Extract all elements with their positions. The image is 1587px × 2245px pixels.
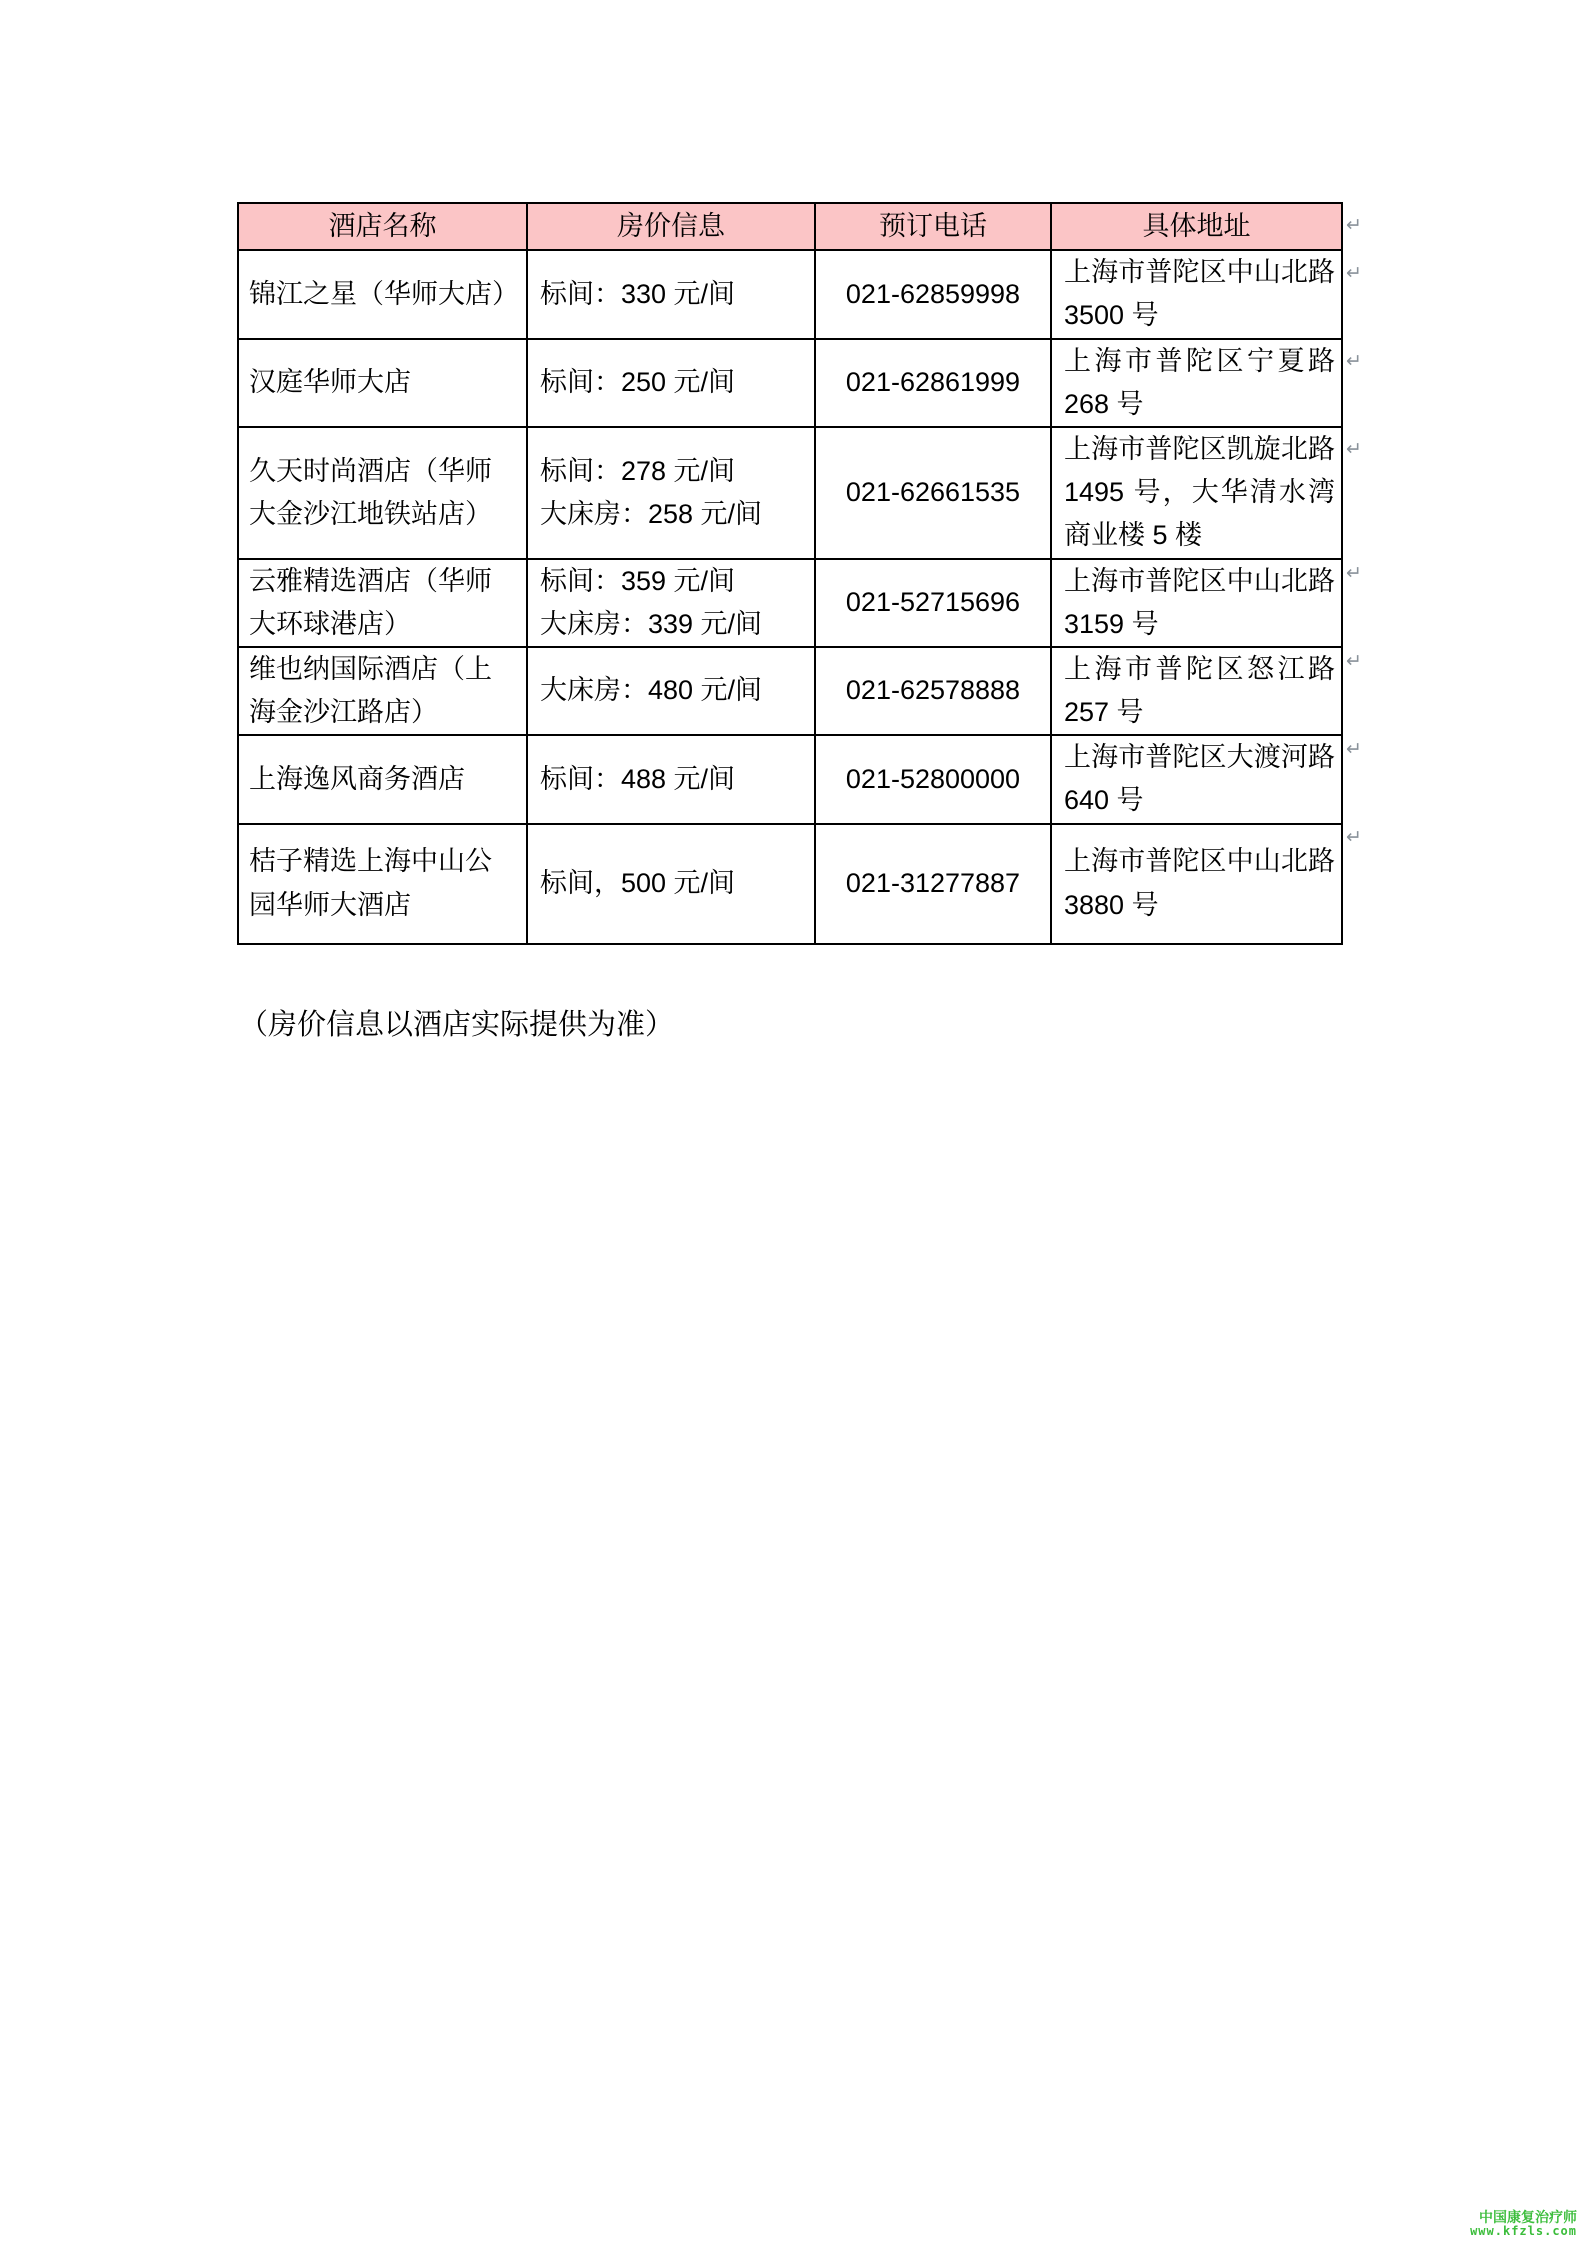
paragraph-mark-icon: ↵ (1346, 352, 1362, 371)
price-cell: 标间：359 元/间 大床房：339 元/间 (527, 559, 815, 647)
address-cell: 上海市普陀区中山北路 3500 号 (1051, 250, 1342, 338)
column-header-address: 具体地址 (1051, 203, 1342, 250)
address-cell: 上海市普陀区中山北路 3159 号 (1051, 559, 1342, 647)
hotel-name-cell: 锦江之星（华师大店） (238, 250, 527, 338)
price-cell: 标间，500 元/间 (527, 824, 815, 944)
price-line: 大床房：258 元/间 (540, 493, 808, 536)
watermark-url: www.kfzls.com (1470, 2225, 1577, 2239)
table-row: 云雅精选酒店（华师大环球港店） 标间：359 元/间 大床房：339 元/间 0… (238, 559, 1342, 647)
price-cell: 标间：250 元/间 (527, 339, 815, 427)
hotel-name-cell: 维也纳国际酒店（上海金沙江路店） (238, 647, 527, 735)
address-cell: 上海市普陀区宁夏路 268 号 (1051, 339, 1342, 427)
price-line: 标间：330 元/间 (540, 273, 808, 316)
price-cell: 标间：488 元/间 (527, 735, 815, 823)
header-row: 酒店名称 房价信息 预订电话 具体地址 (238, 203, 1342, 250)
table-row: 上海逸风商务酒店 标间：488 元/间 021-52800000 上海市普陀区大… (238, 735, 1342, 823)
paragraph-mark-icon: ↵ (1346, 264, 1362, 283)
paragraph-mark-icon: ↵ (1346, 440, 1362, 459)
table-row: 久天时尚酒店（华师大金沙江地铁站店） 标间：278 元/间 大床房：258 元/… (238, 427, 1342, 559)
price-line: 标间：250 元/间 (540, 361, 808, 404)
hotel-name-cell: 上海逸风商务酒店 (238, 735, 527, 823)
watermark: 中国康复治疗师 www.kfzls.com (1470, 2209, 1577, 2239)
phone-cell: 021-52800000 (815, 735, 1051, 823)
phone-cell: 021-62661535 (815, 427, 1051, 559)
paragraph-mark-icon: ↵ (1346, 564, 1362, 583)
address-cell: 上海市普陀区大渡河路 640 号 (1051, 735, 1342, 823)
paragraph-mark-icon: ↵ (1346, 652, 1362, 671)
paragraph-mark-icon: ↵ (1346, 740, 1362, 759)
paragraph-mark-icon: ↵ (1346, 828, 1362, 847)
column-header-price-info: 房价信息 (527, 203, 815, 250)
table-row: 维也纳国际酒店（上海金沙江路店） 大床房：480 元/间 021-6257888… (238, 647, 1342, 735)
hotel-name-cell: 汉庭华师大店 (238, 339, 527, 427)
price-line: 标间，500 元/间 (540, 862, 808, 905)
hotel-table: 酒店名称 房价信息 预订电话 具体地址 锦江之星（华师大店） 标间：330 元/… (237, 202, 1343, 945)
price-line: 标间：278 元/间 (540, 450, 808, 493)
table-row: 汉庭华师大店 标间：250 元/间 021-62861999 上海市普陀区宁夏路… (238, 339, 1342, 427)
phone-cell: 021-52715696 (815, 559, 1051, 647)
hotel-name-cell: 久天时尚酒店（华师大金沙江地铁站店） (238, 427, 527, 559)
column-header-hotel-name: 酒店名称 (238, 203, 527, 250)
price-line: 大床房：480 元/间 (540, 669, 808, 712)
price-cell: 标间：330 元/间 (527, 250, 815, 338)
paragraph-mark-icon: ↵ (1346, 216, 1362, 235)
column-header-phone: 预订电话 (815, 203, 1051, 250)
table-row: 桔子精选上海中山公园华师大酒店 标间，500 元/间 021-31277887 … (238, 824, 1342, 944)
hotel-name-cell: 云雅精选酒店（华师大环球港店） (238, 559, 527, 647)
price-line: 标间：488 元/间 (540, 758, 808, 801)
price-line: 标间：359 元/间 (540, 560, 808, 603)
phone-cell: 021-62859998 (815, 250, 1051, 338)
price-line: 大床房：339 元/间 (540, 603, 808, 646)
phone-cell: 021-62861999 (815, 339, 1051, 427)
phone-cell: 021-31277887 (815, 824, 1051, 944)
address-cell: 上海市普陀区凯旋北路 1495 号，大华清水湾商业楼 5 楼 (1051, 427, 1342, 559)
address-cell: 上海市普陀区中山北路 3880 号 (1051, 824, 1342, 944)
table-row: 锦江之星（华师大店） 标间：330 元/间 021-62859998 上海市普陀… (238, 250, 1342, 338)
address-cell: 上海市普陀区怒江路 257 号 (1051, 647, 1342, 735)
note-text: （房价信息以酒店实际提供为准） (239, 1002, 674, 1048)
phone-cell: 021-62578888 (815, 647, 1051, 735)
price-cell: 大床房：480 元/间 (527, 647, 815, 735)
watermark-site-name: 中国康复治疗师 (1470, 2209, 1577, 2225)
price-cell: 标间：278 元/间 大床房：258 元/间 (527, 427, 815, 559)
hotel-name-cell: 桔子精选上海中山公园华师大酒店 (238, 824, 527, 944)
